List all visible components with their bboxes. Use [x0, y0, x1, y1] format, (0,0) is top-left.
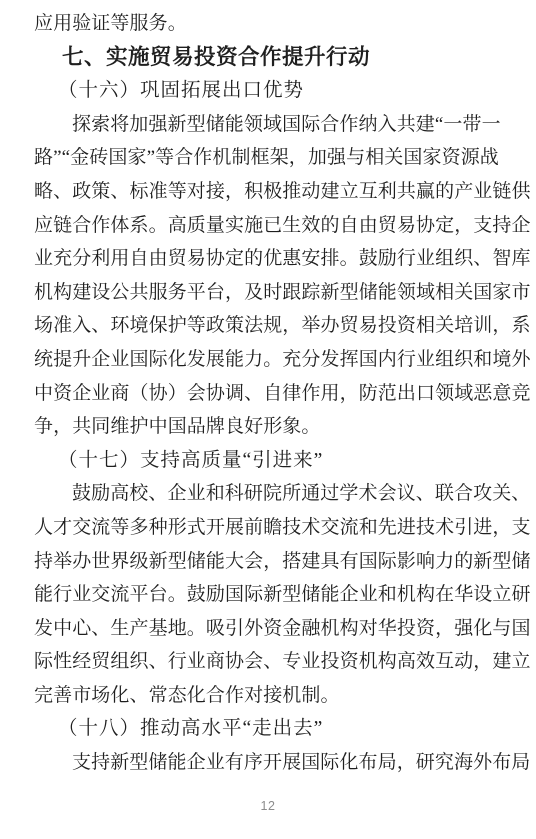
body-text-line: 业充分利用自由贸易协定的优惠安排。鼓励行业组织、智库 — [34, 242, 530, 276]
body-text-line: 机构建设公共服务平台，及时跟踪新型储能领域相关国家市 — [34, 276, 530, 310]
body-text-line: 争，共同维护中国品牌良好形象。 — [34, 410, 530, 444]
body-text-line: 鼓励高校、企业和科研院所通过学术会议、联合攻关、 — [34, 477, 530, 511]
page-content: 应用验证等服务。 七、实施贸易投资合作提升行动 （十六）巩固拓展出口优势 探索将… — [34, 7, 530, 780]
subsection-heading: （十七）支持高质量“引进来” — [34, 444, 530, 478]
document-page: 应用验证等服务。 七、实施贸易投资合作提升行动 （十六）巩固拓展出口优势 探索将… — [0, 0, 536, 839]
body-text-line: 场准入、环境保护等政策法规，举办贸易投资相关培训，系 — [34, 309, 530, 343]
body-text-line: 中资企业商（协）会协调、自律作用，防范出口领域恶意竞 — [34, 377, 530, 411]
body-text-line: 完善市场化、常态化合作对接机制。 — [34, 679, 530, 713]
subsection-heading: （十六）巩固拓展出口优势 — [34, 74, 530, 108]
body-text-line: 探索将加强新型储能领域国际合作纳入共建“一带一 — [34, 108, 530, 142]
body-text-line: 持举办世界级新型储能大会，搭建具有国际影响力的新型储 — [34, 545, 530, 579]
section-heading: 七、实施贸易投资合作提升行动 — [34, 41, 530, 75]
page-number: 12 — [0, 799, 536, 813]
subsection-heading: （十八）推动高水平“走出去” — [34, 712, 530, 746]
body-text-line: 统提升企业国际化发展能力。充分发挥国内行业组织和境外 — [34, 343, 530, 377]
body-text-line: 人才交流等多种形式开展前瞻技术交流和先进技术引进，支 — [34, 511, 530, 545]
body-text-line: 支持新型储能企业有序开展国际化布局，研究海外布局 — [34, 746, 530, 780]
body-text-line: 能行业交流平台。鼓励国际新型储能企业和机构在华设立研 — [34, 578, 530, 612]
body-text-line: 发中心、生产基地。吸引外资金融机构对华投资，强化与国 — [34, 612, 530, 646]
body-text-line: 应链合作体系。高质量实施已生效的自由贸易协定，支持企 — [34, 209, 530, 243]
body-text-line: 应用验证等服务。 — [34, 7, 530, 41]
body-text-line: 际性经贸组织、行业商协会、专业投资机构高效互动，建立 — [34, 645, 530, 679]
body-text-line: 略、政策、标准等对接，积极推动建立互利共赢的产业链供 — [34, 175, 530, 209]
body-text-line: 路”“金砖国家”等合作机制框架，加强与相关国家资源战 — [34, 141, 530, 175]
